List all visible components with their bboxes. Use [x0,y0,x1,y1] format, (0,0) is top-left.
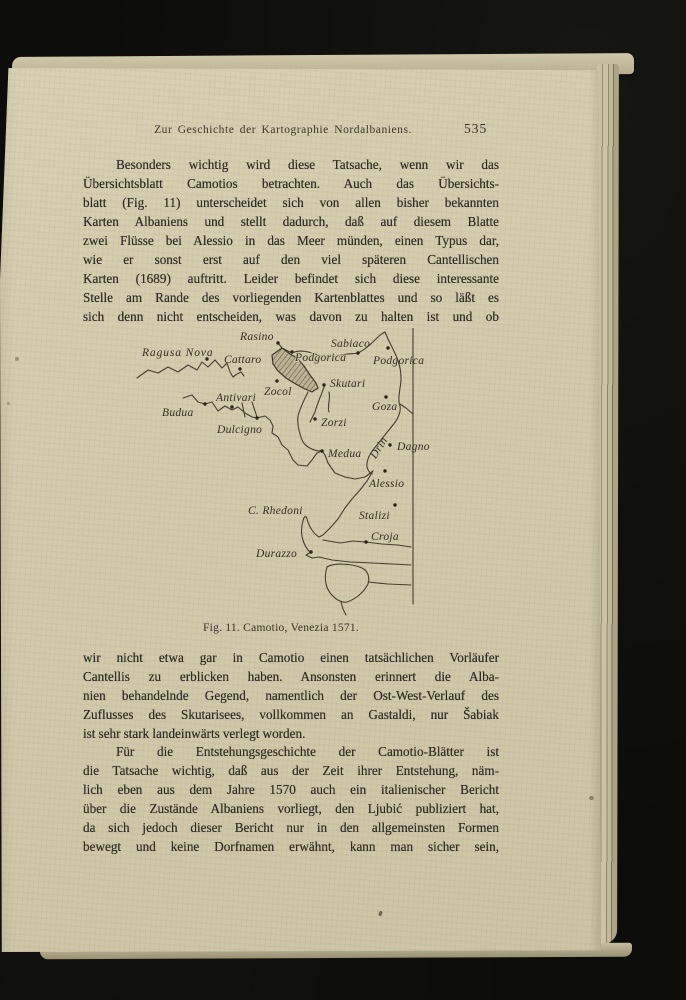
map-label-alessio: Alessio [368,478,404,490]
map-dot-croja [364,540,367,543]
map-label-sabiaco: Sabiaco [331,338,370,350]
paragraph-1: Besonders wichtig wird diese Tatsache, w… [83,155,499,326]
map-label-podgorica-west: Podgorica [294,352,346,364]
text-line: nien behandelnde Gegend, namentlich der … [83,686,499,705]
paper-speck [589,796,594,800]
bojana-river [298,392,321,451]
map-dot-alessio [383,469,386,472]
text-line: die Tatsache wichtig, daß aus der Zeit i… [83,761,499,780]
figure-caption: Fig. 11. Camotio, Venezia 1571. [203,622,359,634]
map-label-rasino: Rasino [239,331,274,343]
text-line: da sich jedoch dieser Bericht nur in den… [83,818,499,837]
map-dot-podgorica-west [290,350,293,353]
text-line: Für die Entstehungsgeschichte der Camoti… [83,742,499,761]
map-dot-podgorica-east [386,346,389,349]
map-dot-budua [203,402,206,405]
map-label-skutari: Skutari [330,378,365,390]
text-line: wir nicht etwa gar in Camotio einen tats… [83,648,499,667]
map-dot-skutari [322,383,325,386]
map-dot-medua [320,449,323,452]
text-line: sich denn nicht entscheiden, was davon z… [83,307,499,326]
map-dot-antivari [230,405,233,408]
map-label-stalizi: Stalizi [359,510,390,522]
running-header: Zur Geschichte der Kartographie Nordalba… [83,124,483,136]
map-label-dulcigno: Dulcigno [216,424,262,436]
map-dot-rasino [276,341,279,344]
text-line: blatt (Fig. 11) unterscheidet sich von a… [83,193,499,212]
map-label-goza: Goza [372,401,397,413]
south-river [368,582,411,585]
text-line: Zuflusses des Skutarisees, vollkommen an… [83,705,499,724]
text-line: zwei Flüsse bei Alessio in das Meer münd… [83,231,499,250]
map-figure: Ragusa Nova Rasino Cattaro Podgorica Sab… [120,328,465,616]
text-line: wie er sonst erst auf den viel späteren … [83,250,499,269]
map-dot-zorzi [313,417,316,420]
text-line: Cantellis zu erblicken haben. Ansonsten … [83,667,499,686]
map-label-cattaro: Cattaro [224,354,261,366]
map-label-c-rhedoni: C. Rhedoni [248,505,303,517]
map-label-croja: Croja [371,531,399,543]
text-line: ist sehr stark landeinwärts verlegt word… [83,724,499,743]
text-line: Karten Albaniens und stellt dadurch, daß… [83,212,499,231]
stream-east [328,392,329,412]
map-dot-dulcigno [255,416,258,419]
text-line: Übersichtsblatt Camotios betrachten. Auc… [83,174,499,193]
antivari-strokes [242,402,257,417]
paragraph-2: wir nicht etwa gar in Camotio einen tats… [83,648,499,743]
map-label-ragusa-nova: Ragusa Nova [141,347,214,359]
text-line: Karten (1689) auftritt. Leider befindet … [83,269,499,288]
paper-speck [7,402,10,405]
paper-speck [15,357,19,361]
map-label-podgorica-east: Podgorica [372,355,424,367]
lagoon-line [312,557,411,565]
drin-branch [400,404,413,414]
map-dot-zocol [275,379,278,382]
albania-sketch-map: Ragusa Nova Rasino Cattaro Podgorica Sab… [120,328,465,616]
map-dot-cattaro [238,367,241,370]
paper-speck [378,911,383,917]
paragraph-3: Für die Entstehungsgeschichte der Camoti… [83,742,499,856]
text-line: Besonders wichtig wird diese Tatsache, w… [83,155,499,174]
text-line: Stelle am Rande des vorliegenden Kartenb… [83,288,499,307]
map-label-zorzi: Zorzi [321,417,347,429]
map-label-budua: Budua [162,407,194,419]
book-page: Zur Geschichte der Kartographie Nordalba… [0,68,601,952]
page-number: 535 [464,121,487,137]
map-dot-sabiaco [356,351,359,354]
south-tail [341,602,346,615]
map-label-antivari: Antivari [215,392,256,404]
south-landmass [325,564,368,602]
map-label-drin-river: Drin [367,435,390,462]
map-dot-durazzo [309,550,312,553]
text-line: bewegt und keine Dorfnamen erwähnt, kann… [83,837,499,856]
text-line: über die Zustände Albaniens vorliegt, de… [83,799,499,818]
map-label-zocol: Zocol [264,386,292,398]
text-line: lich eben aus dem Jahre 1570 auch ein it… [83,780,499,799]
map-dot-stalizi [393,503,396,506]
map-label-dagno: Dagno [396,441,430,453]
map-label-medua: Medua [327,448,361,460]
scanned-book-photo: { "window": { "background": "#0c0c0a" },… [0,0,686,1000]
map-dot-goza [384,395,387,398]
map-label-durazzo: Durazzo [255,548,297,560]
